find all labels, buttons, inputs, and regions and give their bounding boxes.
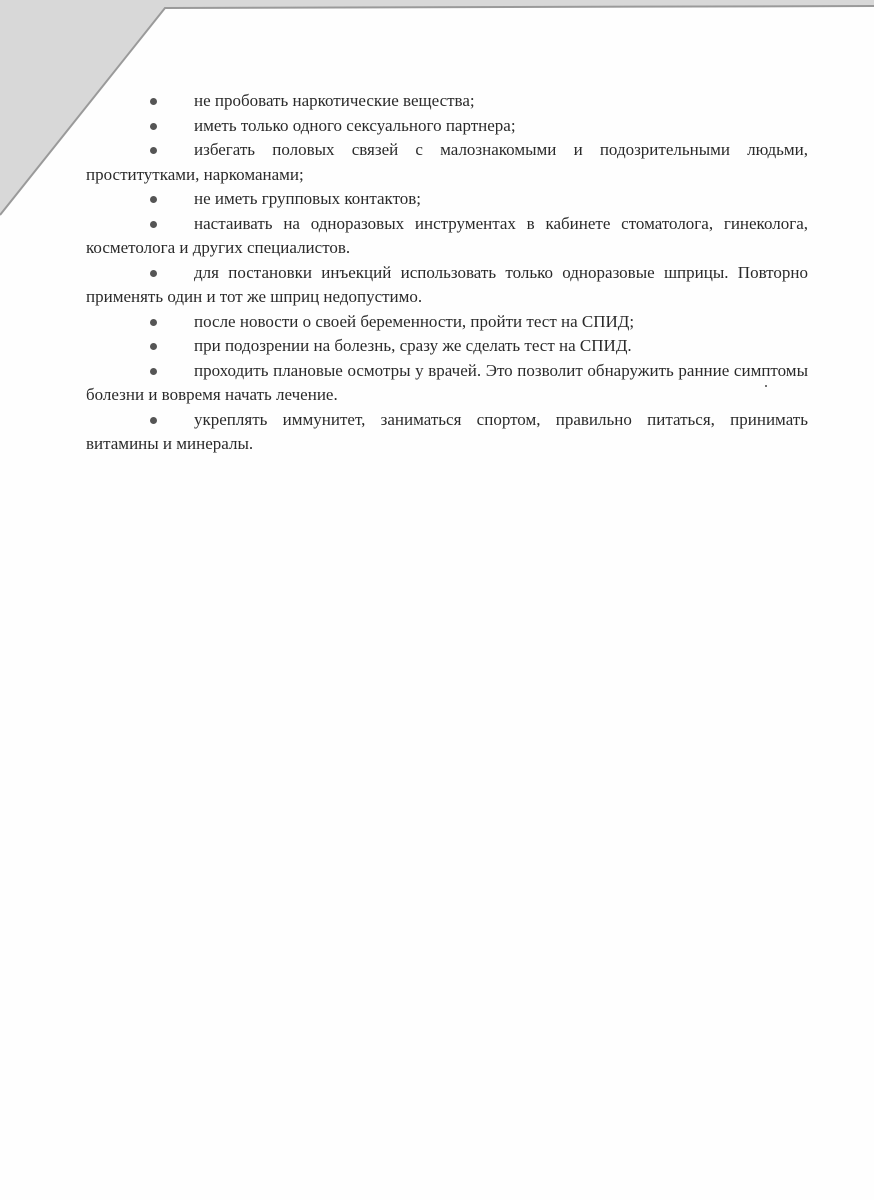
scan-speck	[765, 385, 767, 387]
list-item: проходить плановые осмотры у врачей. Это…	[86, 359, 808, 408]
prevention-list: не пробовать наркотические вещества; име…	[86, 89, 808, 457]
list-item: при подозрении на болезнь, сразу же сдел…	[86, 334, 808, 359]
list-item: настаивать на одноразовых инструментах в…	[86, 212, 808, 261]
scanned-page: не пробовать наркотические вещества; име…	[0, 0, 874, 1200]
list-item: для постановки инъекций использовать тол…	[86, 261, 808, 310]
list-item: иметь только одного сексуального партнер…	[86, 114, 808, 139]
list-item: после новости о своей беременности, прой…	[86, 310, 808, 335]
list-item: укреплять иммунитет, заниматься спортом,…	[86, 408, 808, 457]
list-item: не пробовать наркотические вещества;	[86, 89, 808, 114]
list-item: избегать половых связей с малознакомыми …	[86, 138, 808, 187]
list-item: не иметь групповых контактов;	[86, 187, 808, 212]
